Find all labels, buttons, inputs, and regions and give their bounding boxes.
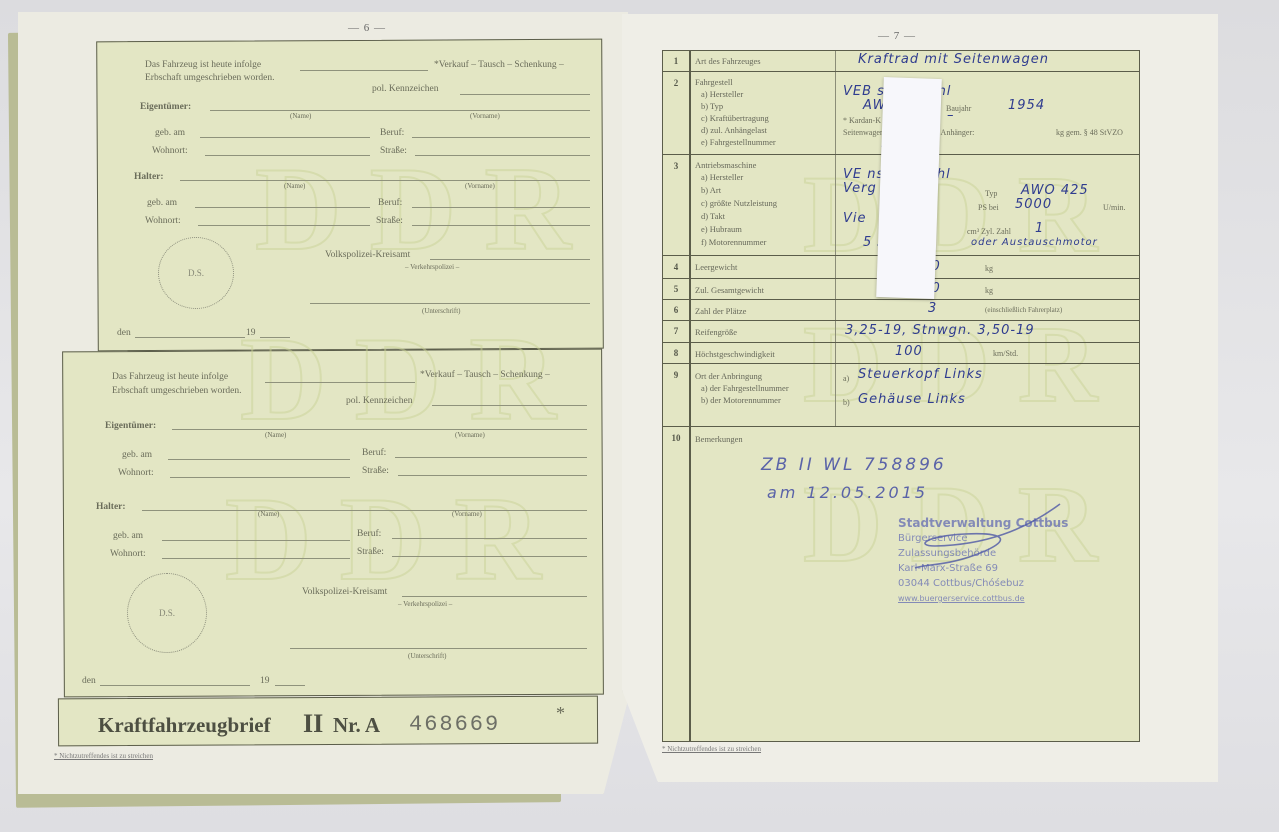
row-max-speed: 8 Höchstgeschwindigkeit 100 km/Std. [663,343,1139,364]
plate-line[interactable] [432,405,587,406]
plate-label: pol. Kennzeichen [372,84,438,94]
plate-label: pol. Kennzeichen [346,396,412,406]
residence-label: Wohnort: [118,468,154,478]
date-label: den [117,328,131,338]
holder-line[interactable] [180,180,590,181]
asterisk-mark: * [556,703,565,724]
date-label: den [82,676,96,686]
value-column [835,72,836,154]
row-sublabel: d) Takt [701,210,725,222]
row-number: 1 [663,51,691,71]
unit: (einschließlich Fahrerplatz) [985,306,1062,314]
build-year-value: 1954 [1008,98,1045,113]
row-seats: 6 Zahl der Plätze 3 (einschließlich Fahr… [663,300,1139,321]
trailer-label: Seitenwagen [843,128,884,137]
name-hint: (Name) [290,112,311,120]
row-sublabel: a) der Fahrgestellnummer [701,382,789,394]
row-number: 2 [663,72,691,154]
holder-residence-line[interactable] [198,225,370,226]
residence-line[interactable] [170,477,350,478]
row-label: Höchstgeschwindigkeit [695,348,775,360]
reason-line[interactable] [300,70,428,71]
chassis-number-location-value: Steuerkopf Links [858,367,983,382]
document-title: Kraftfahrzeugbrief [98,713,271,738]
serial-number: 468669 [409,712,500,737]
street-label: Straße: [362,466,389,476]
remarks-date: am 12.05.2015 [767,483,928,502]
residence-label: Wohnort: [152,146,188,156]
row-number: 4 [663,256,691,278]
engine-kind-value: Verg [843,181,877,196]
cylinders-value: 1 [1035,221,1044,236]
row-number: 6 [663,300,691,320]
owner-line[interactable] [210,110,590,111]
reason-line[interactable] [265,382,415,383]
intro-line2: Erbschaft umgeschrieben worden. [145,73,275,83]
holder-name-hint: (Name) [284,182,305,190]
plate-line[interactable] [460,94,590,95]
row-sublabel: b) der Motorennummer [701,394,781,406]
part-number: II [303,709,323,739]
holder-name-hint: (Name) [258,510,279,518]
official-seal-placeholder: D.S. [127,573,207,653]
row-label: Reifengröße [695,326,737,338]
footnote: * Nichtzutreffendes ist zu streichen [662,745,761,753]
row-tyre-size: 7 Reifengröße 3,25-19, Stnwgn. 3,50-19 [663,321,1139,343]
signature-scribble [905,500,1065,570]
intro-line1: Das Fahrzeug ist heute infolge [145,60,261,70]
year-prefix: 19 [260,676,270,686]
ddr-watermark: DDR [255,140,599,278]
holder-street-label: Straße: [357,547,384,557]
ddr-watermark: DDR [225,470,569,608]
born-label: geb. am [155,128,185,138]
row-sublabel: e) Hubraum [701,223,742,235]
row-label: Zul. Gesamtgewicht [695,284,764,296]
holder-born-line[interactable] [162,540,350,541]
covering-paper-strip [876,77,942,299]
row-label: Bemerkungen [695,433,743,445]
row-number: 8 [663,343,691,363]
date-line[interactable] [100,685,250,686]
born-label: geb. am [122,450,152,460]
holder-born-label: geb. am [113,531,143,541]
row-number: 3 [663,155,691,255]
row-label: Ort der Anbringung [695,370,762,382]
remarks-registration-number: ZB II WL 758896 [761,455,947,475]
signature-hint: (Unterschrift) [408,652,446,660]
born-line[interactable] [200,137,370,138]
footnote: * Nichtzutreffendes ist zu streichen [54,752,153,760]
engine-type-value: AWO 425 [1021,183,1089,198]
row-label: Art des Fahrzeuges [695,55,761,67]
nr-label: Nr. A [333,713,380,738]
intro-line1: Das Fahrzeug ist heute infolge [112,372,228,382]
owner-label: Eigentümer: [140,102,191,112]
left-page-number: — 6 — [348,22,386,34]
street-label: Straße: [380,146,407,156]
value-column [835,256,836,278]
stamp-city: 03044 Cottbus/Chóśebuz [898,576,1068,591]
max-speed-value: 100 [895,344,923,359]
transfer-options: *Verkauf – Tausch – Schenkung – [434,60,564,70]
row-number: 9 [663,364,691,426]
holder-firstname-hint: (Vorname) [465,182,495,190]
signature-line[interactable] [290,648,587,649]
holder-residence-label: Wohnort: [145,216,181,226]
job-line[interactable] [412,137,590,138]
row-sublabel: a) Hersteller [701,88,743,100]
value-column [835,343,836,363]
transmission-value: – [947,108,955,123]
ps-label: PS bei [978,203,999,212]
holder-label: Halter: [134,172,164,182]
job-label: Beruf: [380,128,404,138]
row-vehicle-type: 1 Art des Fahrzeuges Kraftrad mit Seiten… [663,51,1139,72]
rpm-value: 5000 [1015,197,1052,212]
owner-label: Eigentümer: [105,421,156,431]
holder-line[interactable] [142,510,587,511]
row-sublabel: d) zul. Anhängelast [701,124,767,136]
holder-job-label: Beruf: [378,198,402,208]
holder-street-line[interactable] [412,225,590,226]
intro-line2: Erbschaft umgeschrieben worden. [112,386,242,396]
holder-born-line[interactable] [195,207,370,208]
authority-label: Volkspolizei-Kreisamt [302,587,387,597]
stroke-value: Vie [843,211,867,226]
unit: kg [985,286,993,295]
holder-street-label: Straße: [376,216,403,226]
value-column [835,155,836,255]
row-number-location: 9 Ort der Anbringung a) der Fahrgestelln… [663,364,1139,427]
row-sublabel: c) größte Nutzleistung [701,197,777,209]
holder-street-line[interactable] [392,556,587,557]
prefix-b: b) [843,398,850,407]
unit: kg [985,264,993,273]
owner-line[interactable] [172,429,587,430]
tyre-size-value: 3,25-19, Stnwgn. 3,50-19 [845,323,1035,338]
row-label: Antriebsmaschine [695,159,756,171]
engine-number-location-value: Gehäuse Links [858,392,966,407]
value-column [835,279,836,299]
residence-line[interactable] [205,155,370,156]
signature-line[interactable] [310,303,590,304]
engine-note: oder Austauschmotor [971,237,1098,248]
row-label: Zahl der Plätze [695,305,746,317]
unit: km/Std. [993,349,1018,358]
authority-line[interactable] [430,259,590,260]
holder-firstname-hint: (Vorname) [452,510,482,518]
holder-job-label: Beruf: [357,529,381,539]
row-number: 5 [663,279,691,299]
holder-residence-line[interactable] [162,558,350,559]
ccm-label: cm³ Zyl. Zahl [967,227,1011,236]
trailer-norm-label: kg gem. § 48 StVZO [1056,128,1123,137]
row-sublabel: c) Kraftübertragung [701,112,769,124]
year-line[interactable] [275,685,305,686]
vehicle-type-value: Kraftrad mit Seitenwagen [858,52,1049,67]
value-column [835,300,836,320]
transfer-options: *Verkauf – Tausch – Schenkung – [420,370,550,380]
holder-born-label: geb. am [147,198,177,208]
value-column [835,321,836,342]
row-number: 7 [663,321,691,342]
seats-value: 3 [928,301,937,316]
holder-label: Halter: [96,502,126,512]
authority-label: Volkspolizei-Kreisamt [325,250,410,260]
row-number: 10 [663,427,691,741]
born-line[interactable] [168,459,350,460]
holder-job-line[interactable] [392,538,587,539]
authority-sub: – Verkehrspolizei – [398,600,452,608]
row-sublabel: f) Motorennummer [701,236,766,248]
row-label: Fahrgestell [695,76,733,88]
row-sublabel: e) Fahrgestellnummer [701,136,776,148]
row-label: Leergewicht [695,261,737,273]
value-column [835,51,836,71]
authority-sub: – Verkehrspolizei – [405,263,459,271]
rpm-unit: U/min. [1103,203,1125,212]
engine-type-label: Typ [985,189,997,198]
row-sublabel: a) Hersteller [701,171,743,183]
holder-job-line[interactable] [412,207,590,208]
firstname-hint: (Vorname) [470,112,500,120]
name-hint: (Name) [265,431,286,439]
right-page-number: — 7 — [878,30,916,42]
transmission-printed: * Kardan-K [843,116,881,125]
street-line[interactable] [415,155,590,156]
job-label: Beruf: [362,448,386,458]
date-line[interactable] [135,337,245,338]
stamp-website: www.buergerservice.cottbus.de [898,591,1068,606]
value-column [835,364,836,426]
authority-line[interactable] [402,596,587,597]
holder-residence-label: Wohnort: [110,549,146,559]
prefix-a: a) [843,374,849,383]
street-line[interactable] [398,475,587,476]
official-seal-placeholder: D.S. [158,237,234,309]
firstname-hint: (Vorname) [455,431,485,439]
row-sublabel: b) Typ [701,100,723,112]
row-sublabel: b) Art [701,184,721,196]
job-line[interactable] [395,457,587,458]
